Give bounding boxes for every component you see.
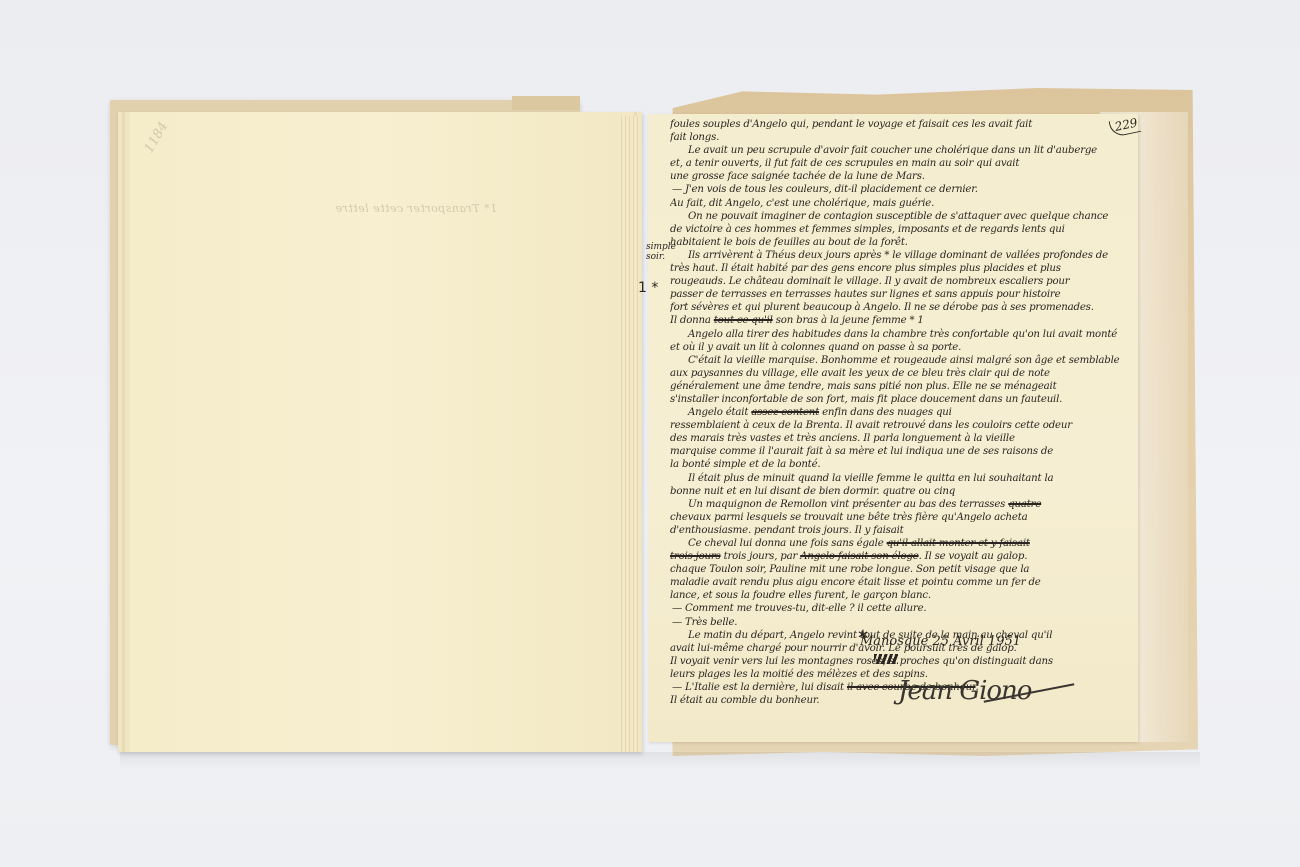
signature: Jean Giono	[898, 676, 1031, 706]
manuscript-line: aux paysannes du village, elle avait les…	[670, 367, 1130, 380]
manuscript-line: chevaux parmi lesquels se trouvait une b…	[670, 511, 1130, 524]
struck-text: assez content	[751, 407, 819, 418]
manuscript-line: une grosse face saignée tachée de la lun…	[670, 170, 1130, 183]
manuscript-line: Ils arrivèrent à Théus deux jours après …	[670, 249, 1130, 262]
manuscript-line: s'installer inconfortable de son fort, m…	[670, 393, 1130, 406]
manuscript-line: fait longs.	[670, 131, 1130, 144]
left-page-show-through-text: 1* Transporter cette lettre	[335, 202, 497, 215]
left-page-edges	[618, 116, 640, 752]
struck-text: tout ce qu'il	[714, 315, 773, 326]
manuscript-line: Le avait un peu scrupule d'avoir fait co…	[670, 144, 1130, 157]
manuscript-line: C'était la vieille marquise. Bonhomme et…	[670, 354, 1130, 367]
manuscript-line: — Très belle.	[670, 616, 1130, 629]
manuscript-line: Au fait, dit Angelo, c'est une cholériqu…	[670, 197, 1130, 210]
manuscript-line: Il donna tout ce qu'il son bras à la jeu…	[670, 314, 1130, 327]
manuscript-line: la bonté simple et de la bonté.	[670, 458, 1130, 471]
manuscript-line: Un maquignon de Remollon vint présenter …	[670, 498, 1130, 511]
struck-text: trois jours	[670, 551, 721, 562]
manuscript-line: trois jours trois jours, par Angelo fais…	[670, 550, 1130, 563]
manuscript-line: lance, et sous la foudre elles furent, l…	[670, 589, 1130, 602]
manuscript-line: très haut. Il était habité par des gens …	[670, 262, 1130, 275]
manuscript-line: d'enthousiasme. pendant trois jours. Il …	[670, 524, 1130, 537]
manuscript-line: Il était plus de minuit quand la vieille…	[670, 472, 1130, 485]
manuscript-page: 229 simple soir. 1 * foules souples d'An…	[648, 114, 1138, 742]
manuscript-line: Ce cheval lui donna une fois sans égale …	[670, 537, 1130, 550]
manuscript-line: habitaient le bois de feuilles au bout d…	[670, 236, 1130, 249]
manuscript-line: ressemblaient à ceux de la Brenta. Il av…	[670, 419, 1130, 432]
manuscript-text: foules souples d'Angelo qui, pendant le …	[670, 118, 1130, 707]
margin-asterisk-icon: 1 *	[638, 280, 658, 296]
manuscript-line: rougeauds. Le château dominait le villag…	[670, 275, 1130, 288]
manuscript-line: Angelo était assez content enfin dans de…	[670, 406, 1130, 419]
manuscript-line: maladie avait rendu plus aigu encore éta…	[670, 576, 1130, 589]
manuscript-line: Angelo alla tirer des habitudes dans la …	[670, 328, 1130, 341]
manuscript-line: de victoire à ces hommes et femmes simpl…	[670, 223, 1130, 236]
manuscript-line: chaque Toulon soir, Pauline mit une robe…	[670, 563, 1130, 576]
manuscript-line: — Comment me trouves-tu, dit-elle ? il c…	[670, 602, 1130, 615]
manuscript-line: Il voyait venir vers lui les montagnes r…	[670, 655, 1130, 668]
manuscript-line: On ne pouvait imaginer de contagion susc…	[670, 210, 1130, 223]
struck-text: quatre	[1008, 499, 1041, 510]
crossed-out-scribble	[874, 654, 898, 664]
manuscript-line: passer de terrasses en terrasses hautes …	[670, 288, 1130, 301]
struck-text: qu'il allait monter et y faisait	[887, 538, 1030, 549]
manuscript-line: et, a tenir ouverts, il fut fait de ces …	[670, 157, 1130, 170]
left-folder-tab	[512, 96, 580, 110]
manuscript-line: des marais très vastes et très anciens. …	[670, 432, 1130, 445]
manuscript-line: bonne nuit et en lui disant de bien dorm…	[670, 485, 1130, 498]
manuscript-line: et où il y avait un lit à colonnes quand…	[670, 341, 1130, 354]
place-and-date: Manosque 25 Avril 1951	[860, 634, 1021, 649]
manuscript-line: — J'en vois de tous les couleurs, dit-il…	[670, 183, 1130, 196]
manuscript-line: foules souples d'Angelo qui, pendant le …	[670, 118, 1130, 131]
manuscript-line: généralement une âme tendre, mais sans p…	[670, 380, 1130, 393]
manuscript-line: marquise comme il l'aurait fait à sa mèr…	[670, 445, 1130, 458]
drop-shadow	[120, 752, 1200, 770]
manuscript-line: fort sévères et qui plurent beaucoup à A…	[670, 301, 1130, 314]
struck-text: Angelo faisait son éloge	[800, 551, 918, 562]
